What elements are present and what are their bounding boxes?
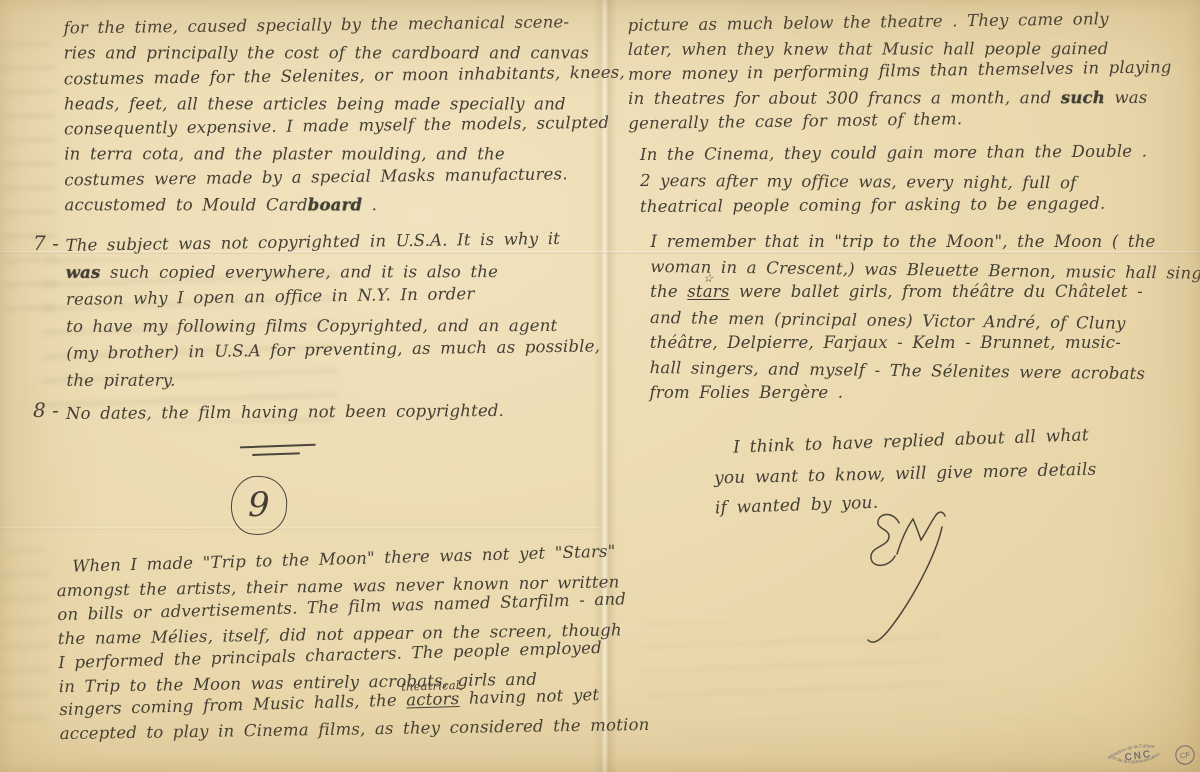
annotated-word: theatrical,actors <box>406 687 460 712</box>
handwritten-line: the ☆stars were ballet girls, from théât… <box>650 279 1200 304</box>
section-divider <box>240 444 321 463</box>
paragraph-costumes: for the time, caused specially by the me… <box>63 13 625 218</box>
paragraph-music-hall-pay: picture as much below the theatre . They… <box>628 10 1172 136</box>
cf-circle-stamp: CF <box>1173 743 1198 768</box>
text-fragment: in theatres for about 300 francs a month… <box>628 88 1061 108</box>
handwritten-line: the piratery. <box>66 366 600 394</box>
handwritten-line: In the Cinema, they could gain more than… <box>640 138 1147 168</box>
handwritten-line: No dates, the film having not been copyr… <box>66 397 504 427</box>
text-fragment: . <box>362 196 377 215</box>
handwritten-line: for the time, caused specially by the me… <box>63 9 624 41</box>
item-number-8: 8 - <box>33 398 59 422</box>
paragraph-casting-names: I remember that in "trip to the Moon", t… <box>649 229 1200 409</box>
text-fragment: the <box>650 282 687 301</box>
paragraph-item8-no-dates: No dates, the film having not been copyr… <box>66 400 504 427</box>
text-fragment: accustomed to Mould Card <box>64 196 307 215</box>
section-number: 9 <box>248 484 270 524</box>
text-fragment: such copied everywhere, and it is also t… <box>101 262 499 282</box>
paragraph-item7-copyright: The subject was not copyrighted in U.S.A… <box>65 228 600 394</box>
item-number-7: 7 - <box>33 231 59 255</box>
text-fragment: having not yet <box>459 686 599 709</box>
text-fragment: were ballet girls, from théâtre du Châte… <box>730 282 1143 301</box>
handwritten-line: from Folies Bergère . <box>649 380 1200 405</box>
cf-badge-text: CF <box>1179 750 1191 760</box>
star-doodle-icon: ☆ <box>703 266 714 291</box>
paragraph-cinema-double: In the Cinema, they could gain more than… <box>640 142 1147 220</box>
annotated-word: ☆stars <box>687 279 729 304</box>
overwritten-word: board <box>308 196 362 215</box>
paragraph-section9-stars: When I made "Trip to the Moon" there was… <box>56 543 650 747</box>
handwritten-line: I remember that in "trip to the Moon", t… <box>651 229 1200 254</box>
handwritten-line: accustomed to Mould Cardboard . <box>64 193 625 218</box>
handwritten-line: consequently expensive. I made myself th… <box>64 110 625 142</box>
inserted-word-theatrical: theatrical, <box>401 674 464 700</box>
signature-gm-monogram <box>842 505 977 660</box>
overwritten-word: was <box>66 263 101 282</box>
handwritten-line: théâtre, Delpierre, Farjaux - Kelm - Bru… <box>650 330 1200 355</box>
handwritten-line: theatrical people coming for asking to b… <box>640 190 1147 220</box>
